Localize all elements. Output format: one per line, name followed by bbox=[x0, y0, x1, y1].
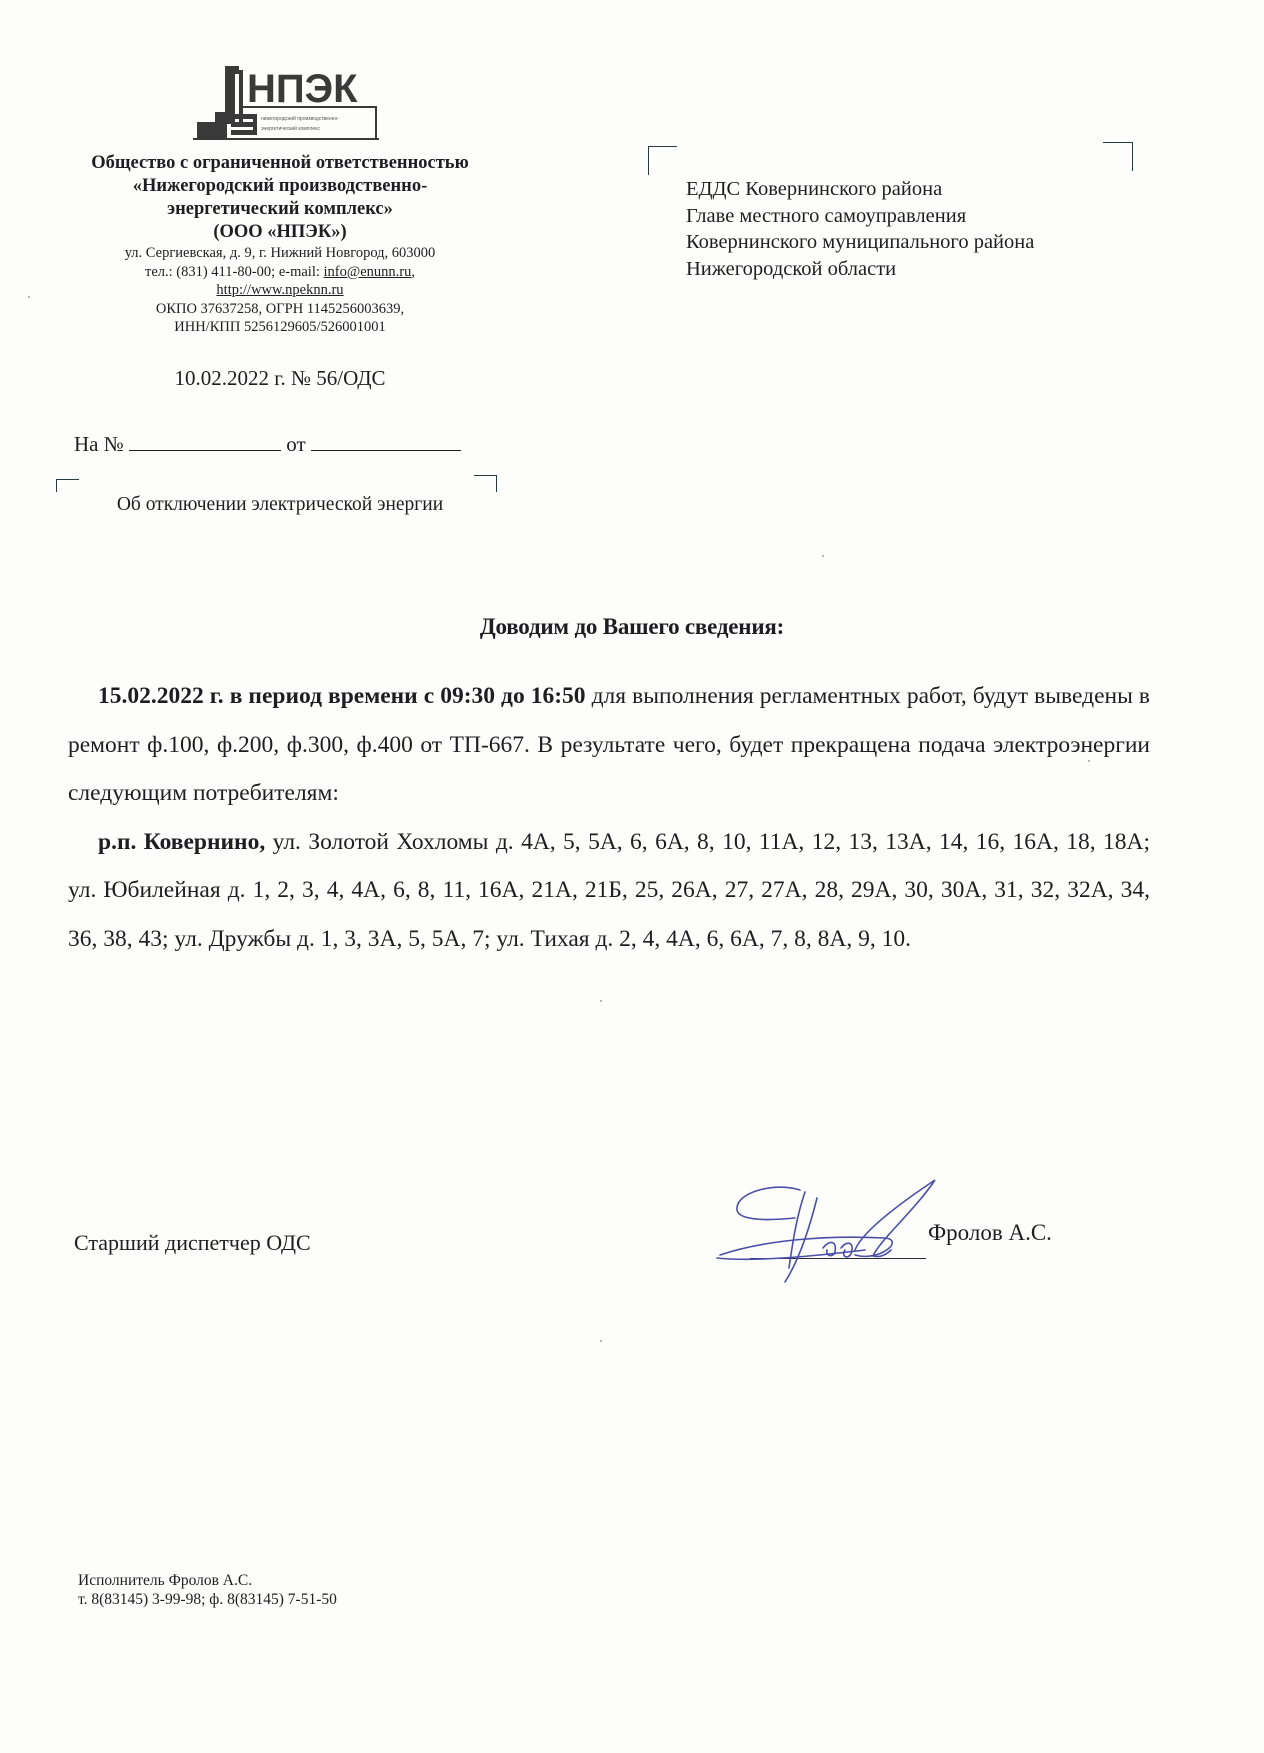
body-heading: Доводим до Вашего сведения: bbox=[0, 614, 1264, 640]
outage-period: 15.02.2022 г. в период времени с 09:30 д… bbox=[98, 683, 586, 709]
recipient-line-3: Ковернинского муниципального района bbox=[686, 229, 1034, 256]
ref-number-blank bbox=[129, 434, 281, 451]
scan-speck bbox=[600, 1000, 602, 1002]
scan-speck bbox=[28, 296, 30, 298]
signer-name: Фролов А.С. bbox=[928, 1220, 1052, 1246]
scan-speck bbox=[600, 1340, 602, 1342]
recipient-line-4: Нижегородской области bbox=[686, 256, 1034, 283]
recipient-line-2: Главе местного самоуправления bbox=[686, 203, 1034, 230]
recipient-corner-right bbox=[1103, 142, 1133, 171]
npek-logo-icon: НПЭК нижегородский производственно- энер… bbox=[193, 64, 379, 144]
outgoing-date-number: 10.02.2022 г. № 56/ОДС bbox=[40, 366, 520, 391]
recipient-corner-left bbox=[648, 146, 677, 175]
recipient-line-1: ЕДДС Ковернинского района bbox=[686, 176, 1034, 203]
signer-title: Старший диспетчер ОДС bbox=[74, 1230, 311, 1256]
svg-text:нижегородский производственно-: нижегородский производственно- bbox=[261, 115, 339, 122]
sender-inn-kpp: ИНН/КПП 5256129605/526001001 bbox=[40, 318, 520, 337]
ref-number-label: На № bbox=[74, 432, 124, 456]
sender-phone: тел.: (831) 411-80-00; e-mail: bbox=[145, 264, 324, 280]
reference-line: На № от bbox=[74, 432, 461, 457]
executor-name: Исполнитель Фролов А.С. bbox=[78, 1571, 337, 1590]
subject-corner-right bbox=[474, 475, 497, 492]
sender-email-link[interactable]: info@enunn.ru bbox=[324, 264, 412, 280]
subject-corner-left bbox=[56, 479, 79, 492]
sender-line-1: Общество с ограниченной ответственностью bbox=[40, 152, 520, 175]
company-logo: НПЭК нижегородский производственно- энер… bbox=[193, 64, 379, 144]
sender-contacts: тел.: (831) 411-80-00; e-mail: info@enun… bbox=[40, 263, 520, 282]
executor-block: Исполнитель Фролов А.С. т. 8(83145) 3-99… bbox=[78, 1571, 337, 1609]
scan-speck bbox=[1088, 760, 1090, 762]
sender-address: ул. Сергиевская, д. 9, г. Нижний Новгоро… bbox=[40, 244, 520, 263]
sender-line-3: энергетический комплекс» bbox=[40, 198, 520, 221]
scan-speck bbox=[822, 555, 824, 557]
body-paragraph-2: р.п. Ковернино, ул. Золотой Хохломы д. 4… bbox=[68, 818, 1150, 964]
svg-text:энергетический комплекс: энергетический комплекс bbox=[261, 125, 320, 132]
recipient-block: ЕДДС Ковернинского района Главе местного… bbox=[686, 176, 1034, 282]
ref-date-label: от bbox=[286, 432, 305, 456]
settlement-name: р.п. Ковернино, bbox=[98, 829, 265, 855]
executor-phones: т. 8(83145) 3-99-98; ф. 8(83145) 7-51-50 bbox=[78, 1590, 337, 1609]
body-text: 15.02.2022 г. в период времени с 09:30 д… bbox=[68, 672, 1150, 963]
ref-date-blank bbox=[311, 434, 461, 451]
comma: , bbox=[411, 264, 415, 280]
sender-okpo-ogrn: ОКПО 37637258, ОГРН 1145256003639, bbox=[40, 300, 520, 319]
letter-subject: Об отключении электрической энергии bbox=[60, 494, 500, 516]
sender-short-name: (ООО «НПЭК») bbox=[40, 221, 520, 244]
sender-block: Общество с ограниченной ответственностью… bbox=[40, 152, 520, 337]
sender-website-link[interactable]: http://www.npeknn.ru bbox=[216, 282, 343, 298]
svg-text:НПЭК: НПЭК bbox=[247, 67, 358, 111]
sender-line-2: «Нижегородский производственно- bbox=[40, 175, 520, 198]
body-paragraph-1: 15.02.2022 г. в период времени с 09:30 д… bbox=[68, 672, 1150, 818]
